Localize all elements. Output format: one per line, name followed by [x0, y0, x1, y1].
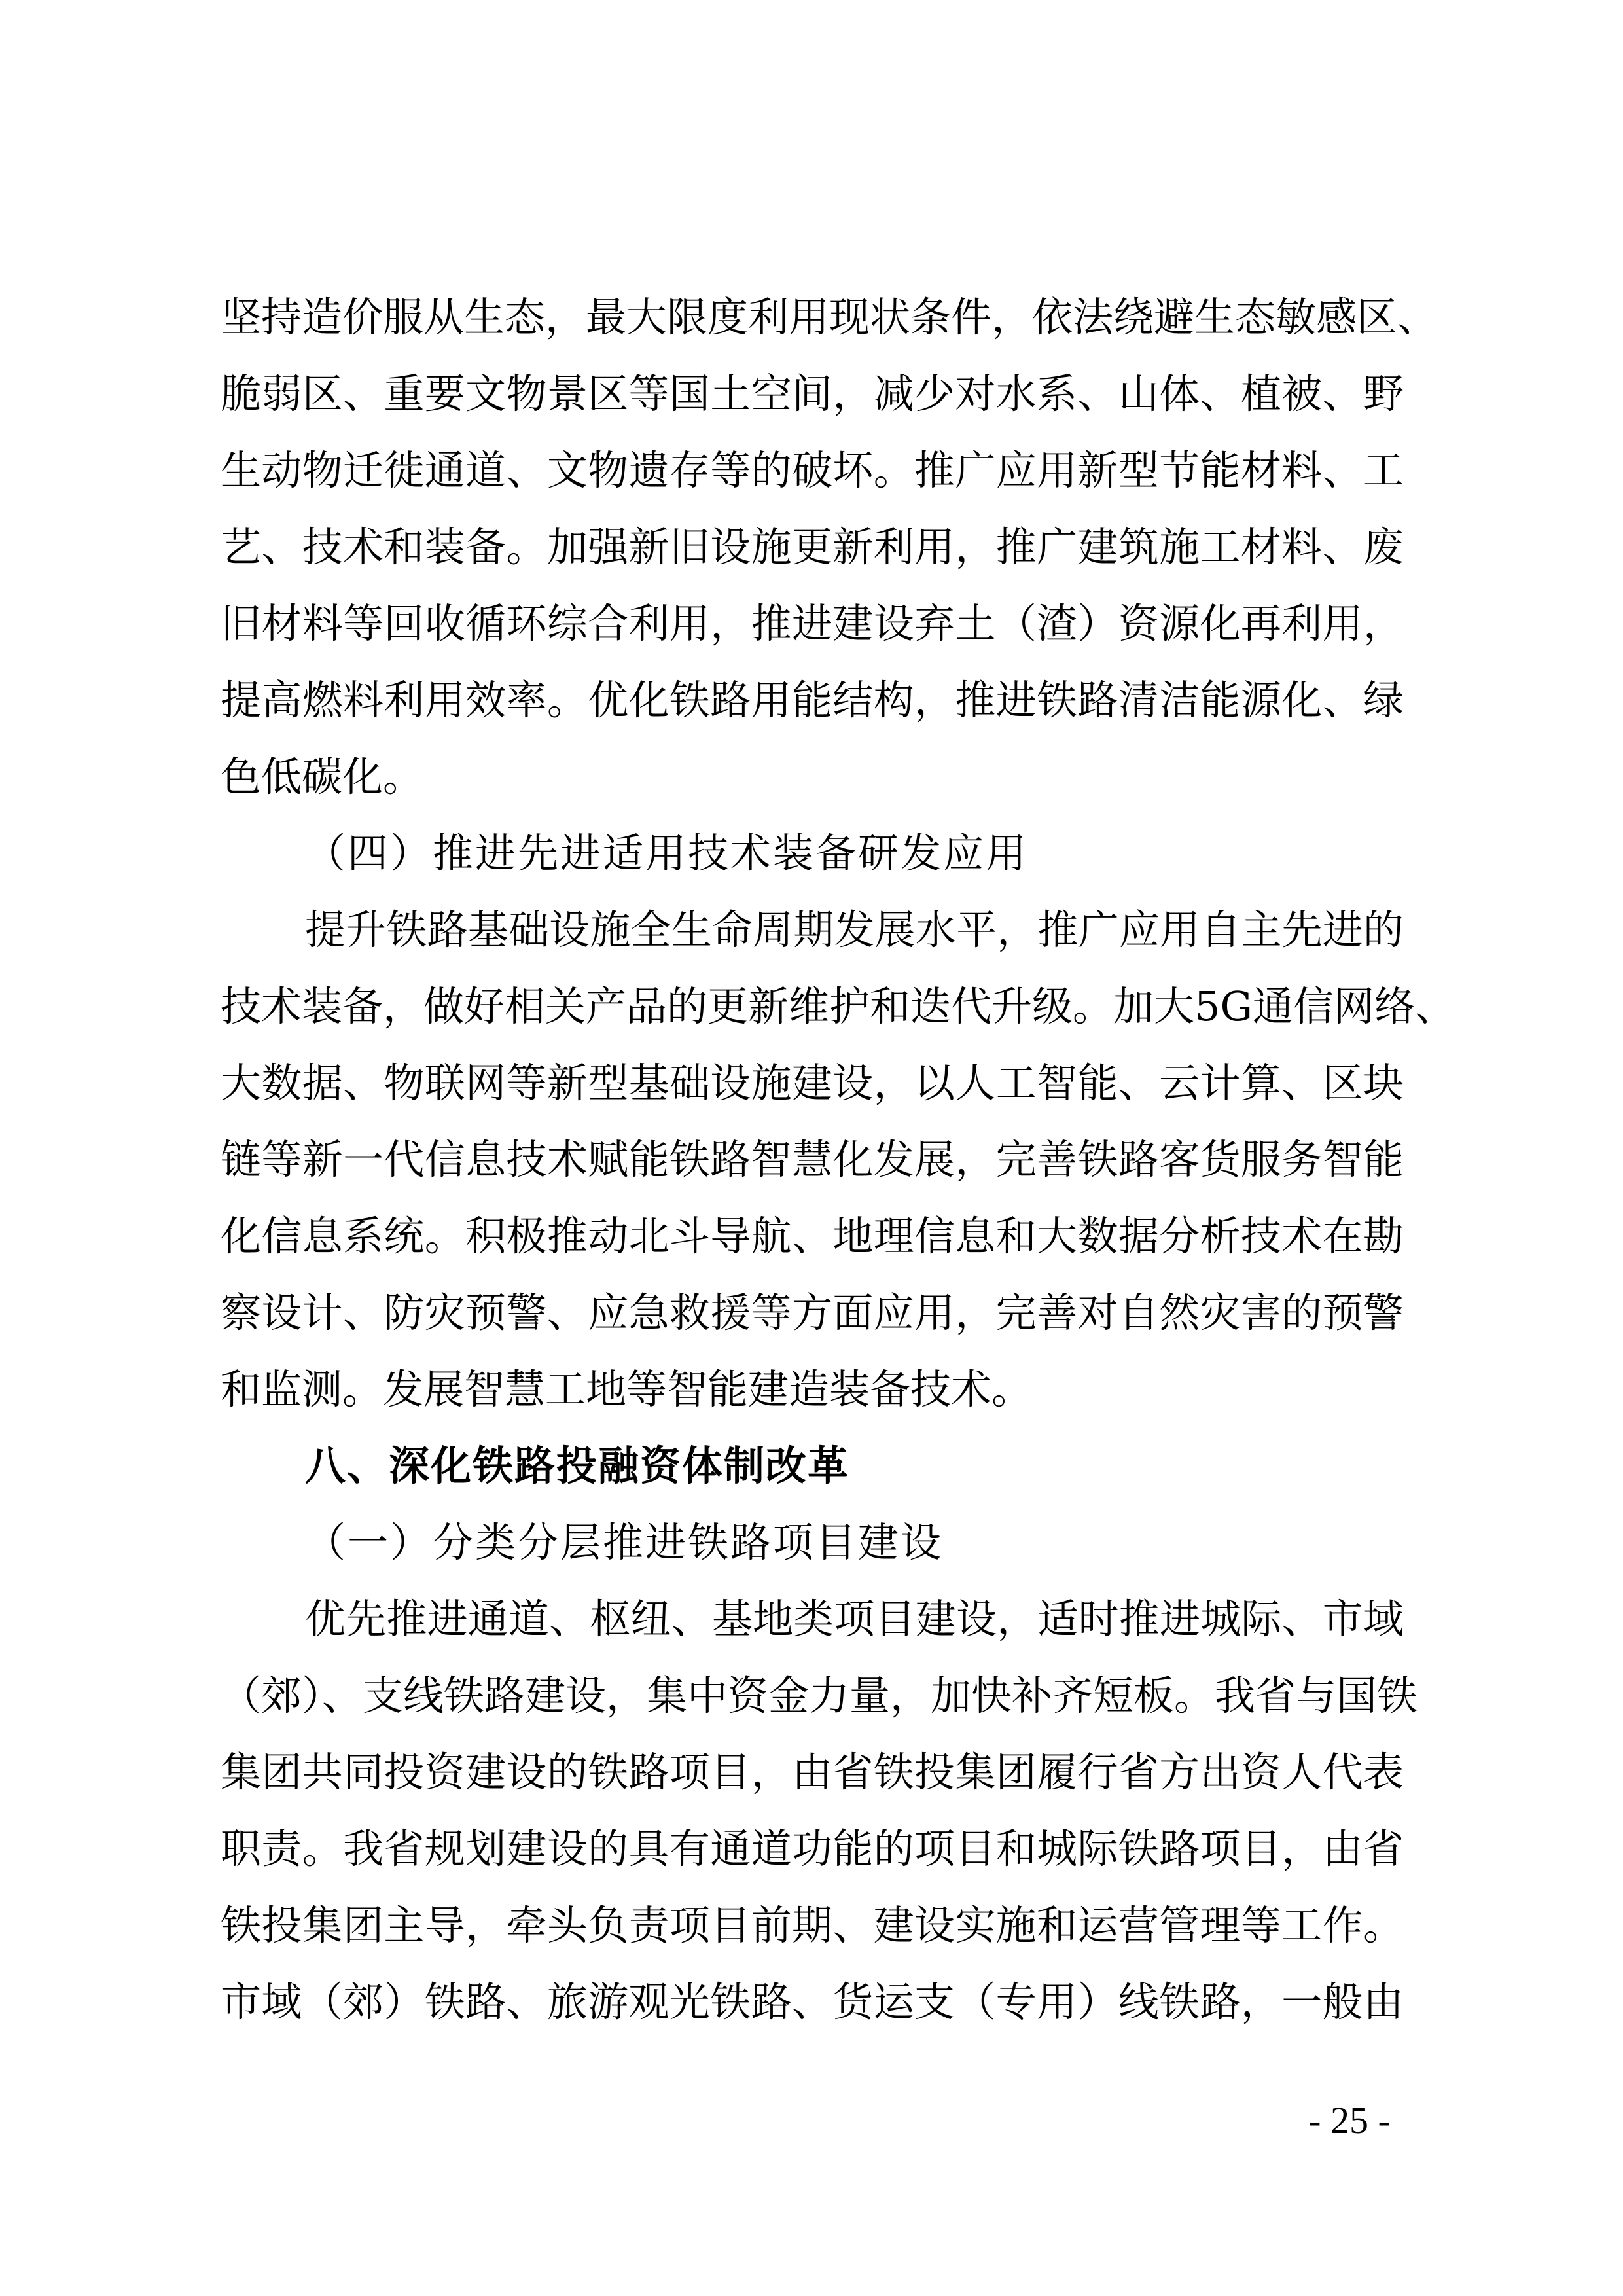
document-page: 坚持造价服从生态，最大限度利用现状条件，依法绕避生态敏感区、 脆弱区、重要文物景…	[0, 0, 1623, 2296]
paragraph-line: 职责。我省规划建设的具有通道功能的项目和城际铁路项目，由省	[221, 1820, 1404, 1896]
paragraph-line: 集团共同投资建设的铁路项目，由省铁投集团履行省方出资人代表	[221, 1743, 1404, 1820]
paragraph-line: 化信息系统。积极推动北斗导航、地理信息和大数据分析技术在勘	[221, 1207, 1404, 1283]
paragraph-line: 优先推进通道、枢纽、基地类项目建设，适时推进城际、市域	[221, 1590, 1404, 1666]
paragraph-line: 市域（郊）铁路、旅游观光铁路、货运支（专用）线铁路，一般由	[221, 1973, 1404, 2049]
paragraph-line: 坚持造价服从生态，最大限度利用现状条件，依法绕避生态敏感区、	[221, 288, 1404, 365]
section-heading: 八、深化铁路投融资体制改革	[221, 1437, 1404, 1513]
paragraph-line: 生动物迁徙通道、文物遗存等的破坏。推广应用新型节能材料、工	[221, 441, 1404, 518]
paragraph-line: 铁投集团主导，牵头负责项目前期、建设实施和运营管理等工作。	[221, 1896, 1404, 1973]
paragraph-line: 和监测。发展智慧工地等智能建造装备技术。	[221, 1360, 1404, 1437]
document-body: 坚持造价服从生态，最大限度利用现状条件，依法绕避生态敏感区、 脆弱区、重要文物景…	[221, 288, 1404, 2049]
paragraph-line: 察设计、防灾预警、应急救援等方面应用，完善对自然灾害的预警	[221, 1283, 1404, 1360]
paragraph-line: 链等新一代信息技术赋能铁路智慧化发展，完善铁路客货服务智能	[221, 1130, 1404, 1207]
paragraph-line: 提升铁路基础设施全生命周期发展水平，推广应用自主先进的	[221, 901, 1404, 977]
paragraph-line: 脆弱区、重要文物景区等国土空间，减少对水系、山体、植被、野	[221, 365, 1404, 441]
paragraph-line: 大数据、物联网等新型基础设施建设，以人工智能、云计算、区块	[221, 1054, 1404, 1130]
subsection-heading: （四）推进先进适用技术装备研发应用	[221, 824, 1404, 901]
paragraph-line: 旧材料等回收循环综合利用，推进建设弃土（渣）资源化再利用，	[221, 594, 1404, 671]
paragraph-line: 技术装备，做好相关产品的更新维护和迭代升级。加大5G通信网络、	[221, 977, 1404, 1054]
subsection-heading: （一）分类分层推进铁路项目建设	[221, 1513, 1404, 1590]
paragraph-line: 提高燃料利用效率。优化铁路用能结构，推进铁路清洁能源化、绿	[221, 671, 1404, 747]
paragraph-line: （郊）、支线铁路建设，集中资金力量，加快补齐短板。我省与国铁	[221, 1666, 1404, 1743]
paragraph-line: 色低碳化。	[221, 747, 1404, 824]
page-number: - 25 -	[1284, 2094, 1415, 2147]
paragraph-line: 艺、技术和装备。加强新旧设施更新利用，推广建筑施工材料、废	[221, 518, 1404, 594]
